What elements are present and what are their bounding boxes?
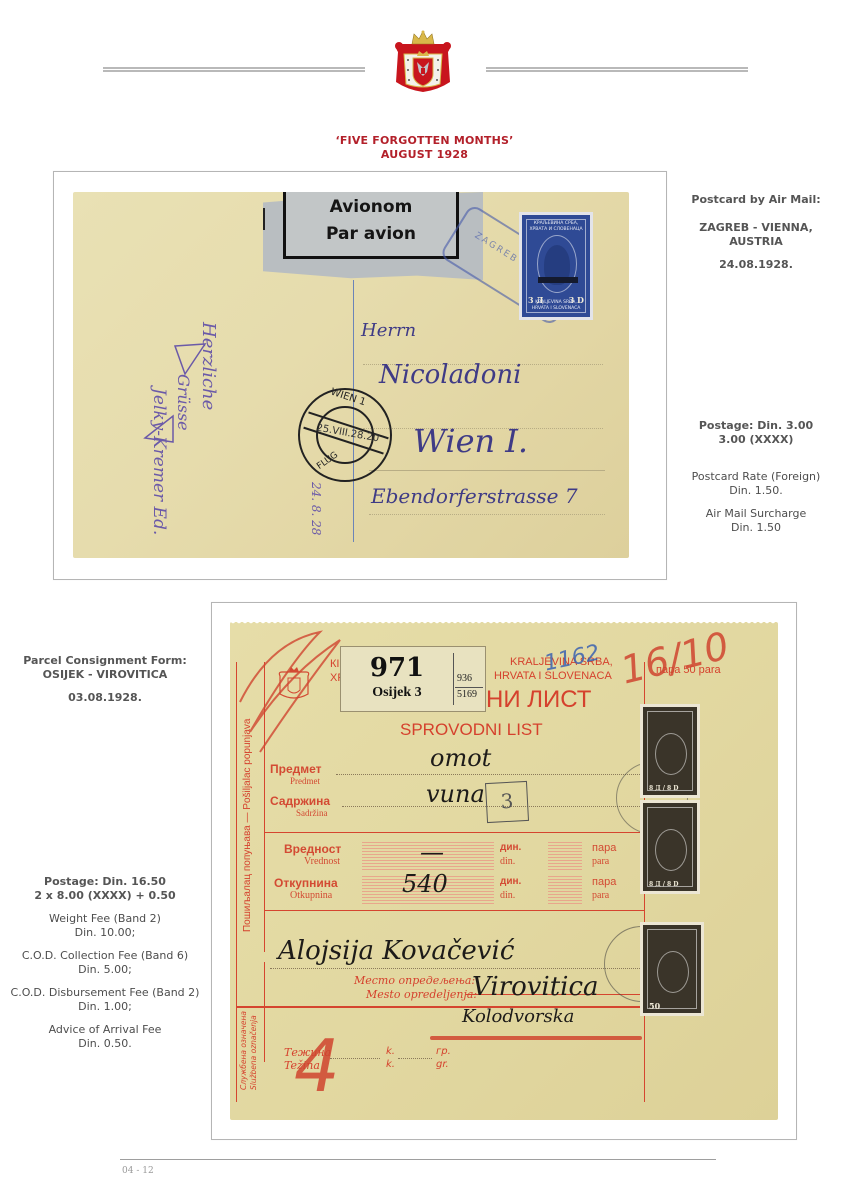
fee-label: C.O.D. Disbursement Fee (Band 2): [0, 986, 210, 1000]
fee-amount: Din. 1.00;: [0, 1000, 210, 1014]
field-label-vrednost-cyr: Вредност: [284, 842, 341, 856]
address-line-4: Ebendorferstrasse 7: [371, 484, 578, 508]
label-fraction-line: [455, 687, 483, 688]
postage-line2: 2 x 8.00 (XXXX) + 0.50: [0, 889, 210, 903]
field-line: [398, 1058, 432, 1059]
fee-amount: Din. 5.00;: [0, 963, 210, 977]
caption-heading: Postcard by Air Mail:: [680, 193, 832, 207]
form-title-lat: SPROVODNI LIST: [400, 720, 543, 740]
field-label-otkupnina-lat: Otkupnina: [290, 890, 332, 901]
airmail-label-box: Avionom Par avion: [283, 192, 459, 259]
stamp-8-dinar: 8 Д / 8 D: [640, 704, 700, 798]
field-label-otkupnina-cyr: Откупнина: [274, 876, 338, 890]
postmark-top-text: WIEN 1: [329, 387, 367, 409]
unit-para-cyr: пара: [592, 876, 616, 888]
value-hatch: [548, 876, 582, 904]
red-crayon-number-bottom: 4: [294, 1024, 340, 1108]
caption-route-line1: ZAGREB - VIENNA,: [680, 221, 832, 235]
caption-date: 03.08.1928.: [0, 691, 210, 705]
field-line: [336, 774, 642, 775]
address-line: [369, 514, 605, 515]
footer-rule: [120, 1159, 716, 1160]
fee-amount: Din. 0.50.: [0, 1037, 210, 1051]
red-crayon-number-top: 16/10: [616, 623, 733, 692]
red-crayon-strike: [430, 1036, 642, 1040]
parcel-caption: Parcel Consignment Form: OSIJEK - VIROVI…: [0, 654, 210, 705]
caption-date: 24.08.1928.: [680, 258, 832, 272]
value-hatch: [548, 842, 582, 870]
header-rule-left: [103, 67, 365, 72]
official-marks-label-lat: Službena označenja: [249, 1015, 258, 1090]
message-line-4: 24. 8. 28: [309, 482, 323, 535]
stamp-3-dinar: КРАЉЕВИНА СРБА, ХРВАТА И СЛОВЕНАЦА 3 Д 3…: [519, 212, 593, 320]
fee-label: Advice of Arrival Fee: [0, 1023, 210, 1037]
stamp-overprint: [538, 277, 578, 283]
fee-label: Postcard Rate (Foreign): [680, 470, 832, 484]
address-line-2: Nicoladoni: [379, 360, 521, 390]
field-label-predmet-lat: Predmet: [290, 776, 320, 786]
address-line: [369, 470, 605, 471]
form-rule: [264, 962, 265, 1062]
address-line-1: Herrn: [361, 320, 416, 341]
stamp-50-para: 50: [640, 922, 704, 1016]
unit-din-cyr: дин.: [500, 842, 521, 853]
field-label-sadrzina-lat: Sadržina: [296, 808, 328, 818]
unit-din-lat: din.: [500, 856, 515, 867]
destination-label-lat: Mesto opredeljenja:: [366, 988, 477, 1001]
field-value-predmet: omot: [430, 744, 491, 772]
fee-label: Air Mail Surcharge: [680, 507, 832, 521]
postmark-bottom-text: FLUG: [315, 450, 340, 472]
hand-drawn-triangle-icon: [171, 340, 211, 380]
field-value-vrednost: —: [420, 838, 444, 866]
fee-label: C.O.D. Collection Fee (Band 6): [0, 949, 210, 963]
official-marks-label-cyr: Службена означена: [239, 1011, 248, 1090]
field-line: [270, 968, 642, 969]
postmark-wien: WIEN 1 25.VIII.28.20 FLUG: [298, 388, 392, 482]
destination-street: Kolodvorska: [462, 1006, 574, 1027]
caption-route: OSIJEK - VIROVITICA: [0, 668, 210, 682]
label-divider: [453, 653, 454, 705]
form-title-cyr: НИ ЛИСТ: [486, 686, 591, 714]
page-title-line1: ‘FIVE FORGOTTEN MONTHS’: [0, 134, 849, 147]
field-value-sadrzina: vuna: [426, 780, 485, 808]
weight-unit-gr-cyr: гр.: [436, 1046, 451, 1057]
weight-unit-gr-lat: gr.: [436, 1059, 449, 1070]
unit-para-lat: para: [592, 890, 609, 901]
registration-sub-number-top: 936: [457, 673, 472, 684]
unit-din-lat: din.: [500, 890, 515, 901]
royal-coat-of-arms-icon: [390, 30, 456, 100]
postcard-postage: Postage: Din. 3.00 3.00 (XXXX) Postcard …: [680, 419, 832, 535]
page-number: 04 - 12: [122, 1166, 154, 1176]
header-rule-right: [486, 67, 748, 72]
fee-label: Weight Fee (Band 2): [0, 912, 210, 926]
postage-line1: Postage: Din. 16.50: [0, 875, 210, 889]
field-label-vrednost-lat: Vrednost: [304, 856, 340, 867]
caption-heading: Parcel Consignment Form:: [0, 654, 210, 668]
fee-amount: Din. 10.00;: [0, 926, 210, 940]
postage-line1: Postage: Din. 3.00: [680, 419, 832, 433]
weight-unit-k-lat: k.: [386, 1059, 395, 1070]
hand-drawn-triangle-icon: [139, 408, 179, 448]
airmail-label-line1: Avionom: [286, 194, 456, 221]
recipient-name: Alojsija Kovačević: [278, 936, 514, 966]
field-label-sadrzina-cyr: Садржина: [270, 794, 330, 808]
airmail-label-edge: [263, 208, 265, 230]
red-crayon-scribble: [230, 622, 370, 762]
postcard-image: Avionom Par avion ZAGREB AVIONOM КРАЉЕВИ…: [73, 192, 629, 558]
parcel-postage: Postage: Din. 16.50 2 x 8.00 (XXXX) + 0.…: [0, 875, 210, 1051]
stamp-8-dinar: 8 Д / 8 D: [640, 800, 700, 894]
destination-label-cyr: Место опредељења:: [354, 974, 475, 987]
registration-sub-number-bottom: 5169: [457, 689, 477, 700]
boxed-mark: 3: [485, 781, 529, 823]
form-rule: [236, 1006, 644, 1008]
caption-route-line2: AUSTRIA: [680, 235, 832, 249]
airmail-label-line2: Par avion: [286, 221, 456, 248]
parcel-form-image: Пошиљалац попуњава — Pošiljalac popunjav…: [230, 622, 778, 1120]
postage-line2: 3.00 (XXXX): [680, 433, 832, 447]
weight-unit-k: k.: [386, 1046, 395, 1057]
unit-din-cyr: дин.: [500, 876, 521, 887]
page-title-line2: AUGUST 1928: [0, 148, 849, 161]
unit-para-lat: para: [592, 856, 609, 867]
postcard-caption: Postcard by Air Mail: ZAGREB - VIENNA, A…: [680, 193, 832, 272]
fee-amount: Din. 1.50: [680, 521, 832, 535]
form-rule: [264, 910, 644, 911]
destination-value: Virovitica: [472, 972, 599, 1002]
fee-amount: Din. 1.50.: [680, 484, 832, 498]
field-value-otkupnina: 540: [402, 870, 448, 898]
form-rule: [264, 832, 644, 833]
field-label-predmet-cyr: Предмет: [270, 762, 322, 776]
unit-para-cyr: пара: [592, 842, 616, 854]
boxed-mark-value: 3: [486, 782, 528, 820]
address-line-3: Wien I.: [413, 422, 528, 460]
